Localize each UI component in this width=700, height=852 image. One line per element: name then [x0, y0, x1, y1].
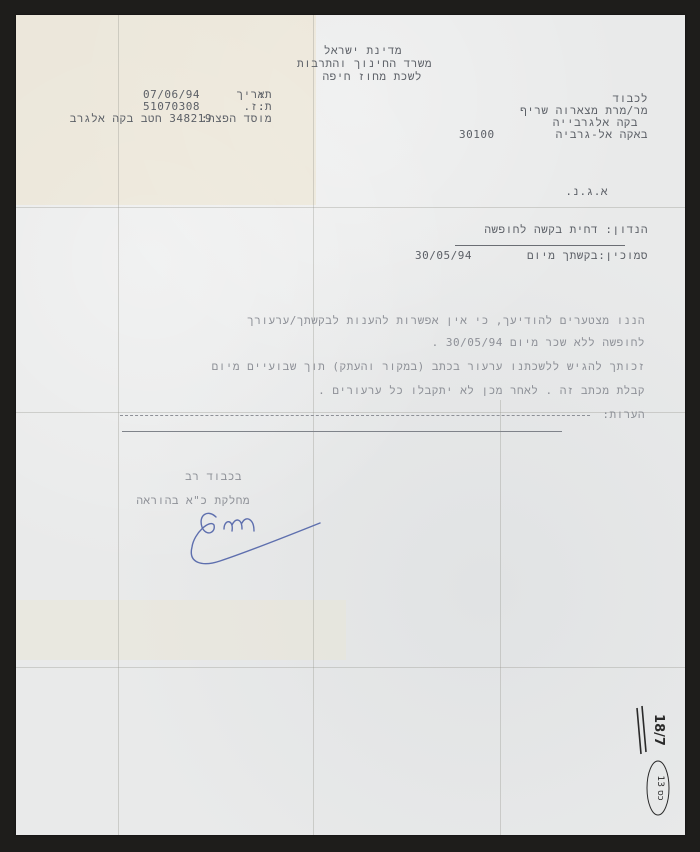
- fold-line: [313, 15, 314, 835]
- subject-underline: [455, 245, 625, 246]
- fold-line: [16, 412, 685, 413]
- fold-line: [500, 400, 501, 835]
- reference-date: 30/05/94: [415, 249, 472, 262]
- circled-annotation: 13 כס: [640, 758, 680, 818]
- fold-line: [16, 207, 685, 208]
- recipient-address: באקה אל-גרביה: [556, 128, 648, 141]
- letterhead-state: מדינת ישראל: [324, 44, 402, 57]
- reference-label: סמוכין:: [598, 249, 648, 262]
- body-line-2: לחופשה ללא שכר מיום 30/05/94 .: [432, 336, 645, 349]
- signature: [180, 505, 330, 575]
- reference-text: בקשתך מיום: [527, 249, 598, 262]
- folio-annotation: 18/7: [625, 700, 675, 760]
- fold-line: [16, 667, 685, 668]
- subject-label: הנדון:: [605, 223, 648, 236]
- letterhead-office: לשכת מחוז חיפה: [323, 70, 422, 83]
- notes-label: הערות:: [602, 408, 645, 421]
- institution-value: 348219 חטב בקה אלגרב: [70, 112, 212, 125]
- svg-text:13 כס: 13 כס: [655, 776, 665, 801]
- subject-text: דחית בקשה לחופשה: [484, 223, 598, 236]
- closing-regards: בכבוד רב: [185, 470, 242, 483]
- fold-line: [118, 15, 119, 835]
- body-line-4: קבלת מכתב זה . לאחר מכן לא יתקבלו כל ערע…: [318, 384, 645, 397]
- paper-discoloration: [16, 600, 346, 660]
- body-line-3: זכותך להגיש ללשכתנו ערעור בכתב (במקור וה…: [212, 360, 645, 373]
- letterhead-ministry: משרד החינוך והתרבות: [297, 57, 432, 70]
- notes-underline: [122, 431, 562, 432]
- recipient-zip: 30100: [459, 128, 495, 141]
- notes-dashed-line: [120, 415, 590, 416]
- body-line-1: הננו מצטערים להודיעך, כי אין אפשרות להענ…: [247, 314, 645, 327]
- greeting: א.ג.נ.: [565, 185, 608, 198]
- svg-text:18/7: 18/7: [651, 714, 666, 746]
